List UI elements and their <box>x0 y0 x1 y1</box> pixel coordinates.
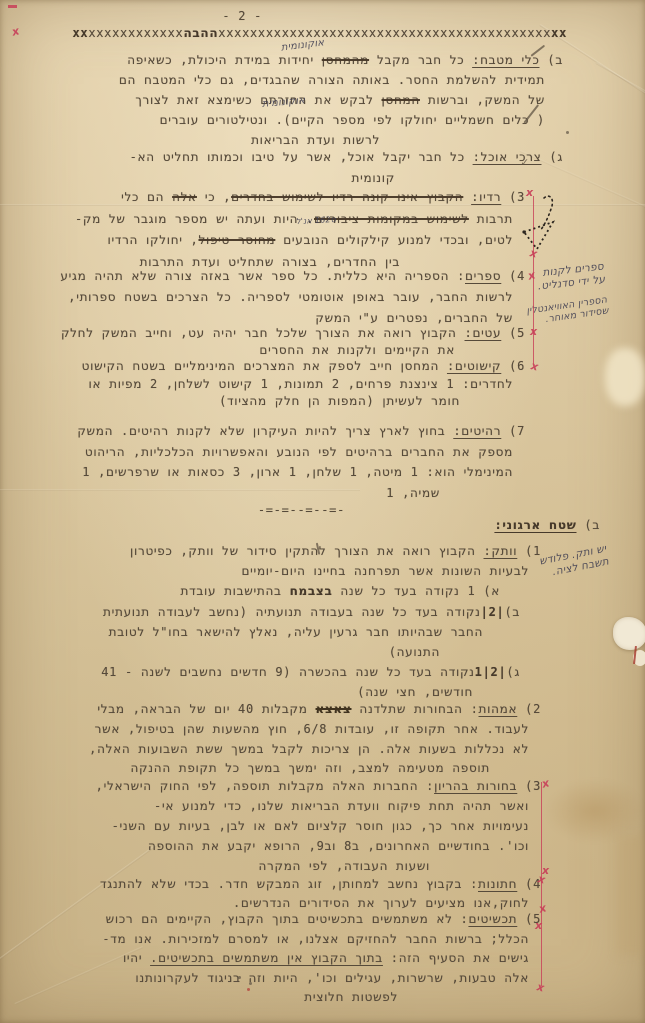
typed-line: לפשטות חלוצית <box>102 988 541 1008</box>
red-margin-line <box>541 782 542 986</box>
pencil-dot <box>566 131 569 134</box>
typed-segment: תמידית להשלמת החסר. באותה הצורה שהבגדים,… <box>119 73 545 87</box>
typed-segment: , כי <box>197 190 231 204</box>
typed-segment: גישים את הסעיף הזה: <box>383 951 529 965</box>
typed-segment: בהתישבות עובדת <box>181 584 290 598</box>
typed-segment: ג) <box>506 665 520 679</box>
typed-segment: רהיטים: <box>453 424 501 438</box>
page-number: - 2 - <box>222 9 262 24</box>
pencil-check-mark: ✓ <box>521 155 528 169</box>
typed-segment: מספק את החברים ברהיטים לפי הנובע והאפשרו… <box>85 445 513 459</box>
typed-line: לרשות החבר, עובר באופן אוטומטי לספריה. כ… <box>60 287 525 308</box>
red-x-mark: x <box>530 359 540 373</box>
typed-segment: ושעות העבודה, לפי המקרה <box>258 859 430 873</box>
typed-segment: לרשות החבר, עובר באופן אוטומטי לספריה. כ… <box>68 290 513 304</box>
typed-line: 7) רהיטים: בחוץ לארץ צריך להיות העיקרון … <box>77 421 525 442</box>
typed-segment: 2) <box>517 702 541 716</box>
scanned-document-page: - 2 -xxxxxxxxxxxxxxxxxxxxxxxxxxxxxxxxxxx… <box>0 0 645 1023</box>
typed-segment: 5) <box>501 326 525 340</box>
typed-line: שמיה, 1 <box>77 483 525 504</box>
typed-line: ואשר תהיה תחת פיקוח וועדת הבריאות שלנו, … <box>96 796 541 816</box>
typed-line: המינימלי הוא: 1 מיטה, 1 שלחן, 1 ארון, 3 … <box>77 462 525 483</box>
typed-line: לטים, ובכדי למנוע קילקולים הנובעים מחוסר… <box>75 230 525 252</box>
typed-segment: : הספריה היא כללית. כל ספר אשר באזה צורה… <box>60 269 465 283</box>
red-dash <box>8 5 17 8</box>
item-books: 4) ספרים: הספריה היא כללית. כל ספר אשר ב… <box>60 266 525 329</box>
item-pens: 5) עטים: הקבוץ רואה את הצורך שלכל חבר יה… <box>61 325 525 358</box>
typed-segment: ב) <box>540 53 564 67</box>
typed-segment: כלי מטבח: <box>472 53 539 67</box>
typed-segment: בחוץ לארץ צריך להיות העיקרון שלא לקנות ר… <box>77 424 453 438</box>
typed-segment: קונומית <box>352 171 395 185</box>
typed-line: 3) רדיו: הקבוץ אינו קונה רדיו לשימוש בחד… <box>75 187 525 209</box>
item-motherhood: 2) אמהות: הבחורות שתלדנה צאצא מקבלות 40 … <box>89 700 541 779</box>
typed-segment: xxxxxxxxxxxxxxxxxxxxxxxxxxxxxxxxxxxxxxxx… <box>218 26 551 40</box>
typed-segment: אלה <box>172 190 197 204</box>
typed-segment: של החברים, נפטרים ע"י המשק <box>315 311 513 325</box>
typed-line: -=--=--=-=- <box>258 503 345 517</box>
typed-segment: יחידות במידת היכולת, כשאיפה <box>127 53 322 67</box>
typed-line: - 2 - <box>222 9 262 24</box>
typed-segment: וותק: <box>484 544 518 558</box>
pencil-dot <box>249 982 252 985</box>
typed-segment: בחורות בהריון <box>434 779 517 793</box>
typed-line: גישים את הסעיף הזה: בתוך הקבוץ אין משתמש… <box>102 949 541 969</box>
typed-segment <box>463 190 471 204</box>
typed-line: וכו'. בחודשיים האחרונים, ב8 וב9, הרופא י… <box>96 836 541 856</box>
typed-segment: חומר לעשיתן (המפות הן חלק מהציוד) <box>219 394 460 408</box>
books-margin-note-1: ספרים לקנותעל ידי סדנליט. <box>536 261 606 293</box>
red-tick <box>633 646 637 664</box>
typed-segment: החבר שבהיותו חבר גרעין עליה, נאלץ להישאר… <box>109 625 483 639</box>
typed-segment: יהיו <box>123 951 150 965</box>
typed-segment: תכשיטים <box>468 912 517 926</box>
typed-segment: : לא משתמשים בתכשיטים בתוך הקבוץ, הקיימי… <box>106 912 469 926</box>
typed-segment: צרכי אוכל: <box>473 150 542 164</box>
typed-segment: : הבחורות שתלדנה <box>352 702 479 716</box>
typed-segment: המינימלי הוא: 1 מיטה, 1 שלחן, 1 ארון, 3 … <box>82 465 513 479</box>
typed-line: 4) חתונות: בקבוץ נחשב למחותן, זוג המבקש … <box>100 875 541 894</box>
typed-segment: הקבוץ רואה את הצורך להתקין סידור של וותק… <box>130 544 484 558</box>
typed-segment: לחוק,אנו מציעים לערוך את הסידורים הנדרשי… <box>233 896 529 910</box>
typed-segment: חתונות <box>478 877 517 891</box>
typed-segment: לבקש את החזרתם כשימצא זאת לצורך <box>135 93 381 107</box>
item-seniority: 1) וותק: הקבוץ רואה את הצורך להתקין סידו… <box>101 541 541 703</box>
typed-segment: קישוטים: <box>447 359 501 373</box>
typed-segment: אלה טבעות, שרשרות, עגילים וכו', היות וזה… <box>135 971 529 985</box>
typed-segment: מחוסר טיפול <box>198 233 275 247</box>
torn-paper-patch <box>613 617 645 650</box>
typed-segment: ג) <box>542 150 564 164</box>
typed-segment: של המשק, וברשות <box>420 93 545 107</box>
typed-segment: המחסן <box>382 93 420 107</box>
books-margin-note-2: הספרין האוויאנטליןשסידור מאוחר. <box>526 294 610 328</box>
typed-segment: וכו'. בחודשיים האחרונים, ב8 וב9, הרופא י… <box>148 839 529 853</box>
typed-line: חומר לעשיתן (המפות הן חלק מהציוד) <box>82 393 525 411</box>
typed-segment: את הקיימים ולקנות את החסרים <box>259 343 455 357</box>
typed-segment: צאצא <box>316 702 352 716</box>
typed-segment: לעבוד. אחר תקופה זו, עובדות 6/8, חוץ מהש… <box>95 722 529 736</box>
typed-segment: |2|1 <box>475 665 507 679</box>
typed-segment: ספרים <box>465 269 501 283</box>
typed-segment: נקודה בעד כל שנה בהכשרה (9 חדשים נחשבים … <box>101 665 474 679</box>
typed-segment: ואשר תהיה תחת פיקוח וועדת הבריאות שלנו, … <box>154 799 529 813</box>
typed-line: לא נכללות בשעות אלה. הן צריכות לקבל במשך… <box>89 740 541 760</box>
typed-segment: 7) <box>501 424 525 438</box>
typed-line: את הקיימים ולקנות את החסרים <box>61 342 525 359</box>
typed-segment: תוספה מטעימה למצב, וזה ימשך במשך כל תקופ… <box>131 761 490 775</box>
item-jewelry: 5) תכשיטים: לא משתמשים בתכשיטים בתוך הקב… <box>102 910 541 1008</box>
typed-segment: לבעיות השונות אשר תפרחנה בחיינו היום-יומ… <box>242 564 529 578</box>
typed-segment: התנועה) <box>389 645 440 659</box>
typed-line: לחדרים: 1 צינצנת פרחים, 2 תמונות, 1 קישו… <box>82 376 525 394</box>
typed-segment: נקודה בעד כל שנה בעבודה תנועתיה (נחשב לע… <box>103 605 481 619</box>
typed-segment: שטח ארגוני: <box>494 518 576 532</box>
typed-line: ושעות העבודה, לפי המקרה <box>96 856 541 876</box>
typed-segment: לא נכללות בשעות אלה. הן צריכות לקבל במשך… <box>89 742 529 756</box>
paper-crease <box>596 62 645 106</box>
typed-segment: תרבות <box>469 212 513 226</box>
typed-segment: : החברות האלה מקבלות תוספה, לפי החוק היש… <box>96 779 434 793</box>
red-dot <box>247 988 250 991</box>
typed-line: 5) תכשיטים: לא משתמשים בתכשיטים בתוך הקב… <box>102 910 541 930</box>
typed-segment: מהמחסן <box>322 53 369 67</box>
typed-segment: לפשטות חלוצית <box>304 990 398 1004</box>
typed-line: מספק את החברים ברהיטים לפי הנובע והאפשרו… <box>77 442 525 463</box>
typed-line: ג) צרכי אוכל: כל חבר יקבל אוכל, אשר על ט… <box>130 147 563 168</box>
typed-segment: המחסן חייב לספק את המצרכים המינימליים בש… <box>82 359 447 373</box>
item-kitchenware: ב) כלי מטבח: כל חבר מקבל מהמחסן יחידות ב… <box>119 50 563 150</box>
typed-segment: 6) <box>501 359 525 373</box>
typed-segment: מקבלות 40 יום של הבראה, מבלי <box>97 702 315 716</box>
typed-line: הכלל; ברשות החבר להחזיקם אצלנו, או למסרם… <box>102 930 541 950</box>
red-x-mark: x <box>527 268 537 282</box>
light-stain <box>605 348 645 406</box>
typed-segment: לטים, ובכדי למנוע קילקולים הנובעים <box>275 233 513 247</box>
typed-segment: . היות ועתה יש מספר מוגבר של מק- <box>75 212 314 226</box>
typed-segment: רדיו: <box>471 190 501 204</box>
typed-segment: בתוך הקבוץ אין משתמשים בתכשיטים. <box>150 951 383 965</box>
typed-line: לעבוד. אחר תקופה זו, עובדות 6/8, חוץ מהש… <box>89 720 541 740</box>
typed-segment: כל חבר יקבל אוכל, אשר על טיבו וכמותו תחל… <box>130 150 473 164</box>
section-heading-organizational: ב) שטח ארגוני: <box>494 518 600 533</box>
typed-line: של המשק, וברשות המחסן לבקש את החזרתם כשי… <box>119 90 563 110</box>
typed-segment: : בקבוץ נחשב למחותן, זוג המבקש חדר. בכדי… <box>100 877 478 891</box>
typed-segment: , יחולקו הרדיו <box>107 233 198 247</box>
edge-stain <box>616 835 645 955</box>
brown-stain <box>545 779 645 843</box>
typed-segment: - 2 - <box>222 9 262 23</box>
typed-segment: xxxxxxxxxxxx <box>88 26 183 40</box>
typed-line: לבעיות השונות אשר תפרחנה בחיינו היום-יומ… <box>101 561 541 581</box>
typed-segment: בצבמח <box>290 584 333 598</box>
typed-segment: שמיה, 1 <box>386 486 440 500</box>
typed-line: ( כלים חשמליים יחולקו לפי מספר הקיים). ו… <box>119 110 563 130</box>
typed-line: 5) עטים: הקבוץ רואה את הצורך שלכל חבר יה… <box>61 325 525 342</box>
dotted-triangle-doodle <box>519 191 561 257</box>
red-x-mark: x <box>11 24 21 38</box>
typed-segment: הם כלי <box>121 190 172 204</box>
typed-line: ג)|2|1נקודה בעד כל שנה בהכשרה (9 חדשים נ… <box>101 662 541 682</box>
typed-segment: |2| <box>481 605 505 619</box>
typed-segment: 3) <box>517 779 541 793</box>
section-divider: -=--=--=-=- <box>258 503 345 517</box>
typed-line: נעימויות אחר כך, כגון חוסר קלציום לאם או… <box>96 816 541 836</box>
typed-line: אלה טבעות, שרשרות, עגילים וכו', היות וזה… <box>102 969 541 989</box>
typed-segment: הכלל; ברשות החבר להחזיקם אצלנו, או למסרם… <box>102 932 529 946</box>
typed-segment: עטים: <box>465 326 502 340</box>
typed-line: 3) בחורות בהריון: החברות האלה מקבלות תוס… <box>96 776 541 796</box>
typed-line: א) 1 נקודה בעד כל שנה בצבמח בהתישבות עוב… <box>101 581 541 601</box>
item-radio: 3) רדיו: הקבוץ אינו קונה רדיו לשימוש בחד… <box>75 187 525 273</box>
typed-line: ב)|2|נקודה בעד כל שנה בעבודה תנועתיה (נח… <box>101 602 541 622</box>
pencil-dot <box>238 976 241 979</box>
typed-segment: ( כלים חשמליים יחולקו לפי מספר הקיים). ו… <box>160 113 545 127</box>
typed-segment: 4) <box>501 269 525 283</box>
typed-segment: לחדרים: 1 צינצנת פרחים, 2 תמונות, 1 קישו… <box>89 377 514 391</box>
item-pregnant-members: 3) בחורות בהריון: החברות האלה מקבלות תוס… <box>96 776 541 876</box>
typed-segment: ב) <box>504 605 520 619</box>
typed-line: 6) קישוטים: המחסן חייב לספק את המצרכים ה… <box>82 358 525 376</box>
typed-line: 4) ספרים: הספריה היא כללית. כל ספר אשר ב… <box>60 266 525 287</box>
item-decorations: 6) קישוטים: המחסן חייב לספק את המצרכים ה… <box>82 358 525 411</box>
typed-segment: כל חבר מקבל <box>369 53 472 67</box>
typed-segment: אמהות <box>479 702 518 716</box>
typed-line: 1) וותק: הקבוץ רואה את הצורך להתקין סידו… <box>101 541 541 561</box>
typed-segment: נעימויות אחר כך, כגון חוסר קלציום לאם או… <box>112 819 529 833</box>
item-food-needs: ג) צרכי אוכל: כל חבר יקבל אוכל, אשר על ט… <box>130 147 563 189</box>
typed-segment: א) 1 נקודה בעד כל שנה <box>332 584 500 598</box>
typed-line: ב) שטח ארגוני: <box>494 518 600 533</box>
typed-segment: הקבוץ אינו קונה רדיו לשימוש בחדרים <box>231 190 463 204</box>
typed-line: תמידית להשלמת החסר. באותה הצורה שהבגדים,… <box>119 70 563 90</box>
item-weddings: 4) חתונות: בקבוץ נחשב למחותן, זוג המבקש … <box>100 875 541 913</box>
seniority-margin-note: יש ותק. פלודשתשבח לציה. <box>538 543 610 581</box>
typed-segment: -=--=--=-=- <box>258 503 345 517</box>
item-furniture: 7) רהיטים: בחוץ לארץ צריך להיות העיקרון … <box>77 421 525 503</box>
typed-line: התנועה) <box>101 642 541 662</box>
typed-line: ב) כלי מטבח: כל חבר מקבל מהמחסן יחידות ב… <box>119 50 563 70</box>
typed-segment: לרשות ועדת הבריאות <box>251 133 380 147</box>
typed-line: 2) אמהות: הבחורות שתלדנה צאצא מקבלות 40 … <box>89 700 541 720</box>
typed-line: החבר שבהיותו חבר גרעין עליה, נאלץ להישאר… <box>101 622 541 642</box>
typed-line: קונומית <box>130 168 563 189</box>
typed-segment: הקבוץ רואה את הצורך שלכל חבר יהיה עט, וח… <box>61 326 465 340</box>
typed-segment: חודשים, חצי שנה) <box>357 685 473 699</box>
typed-segment: לשימוש במקומות ציבוריים <box>314 212 469 226</box>
typed-segment: ב) <box>577 518 601 532</box>
